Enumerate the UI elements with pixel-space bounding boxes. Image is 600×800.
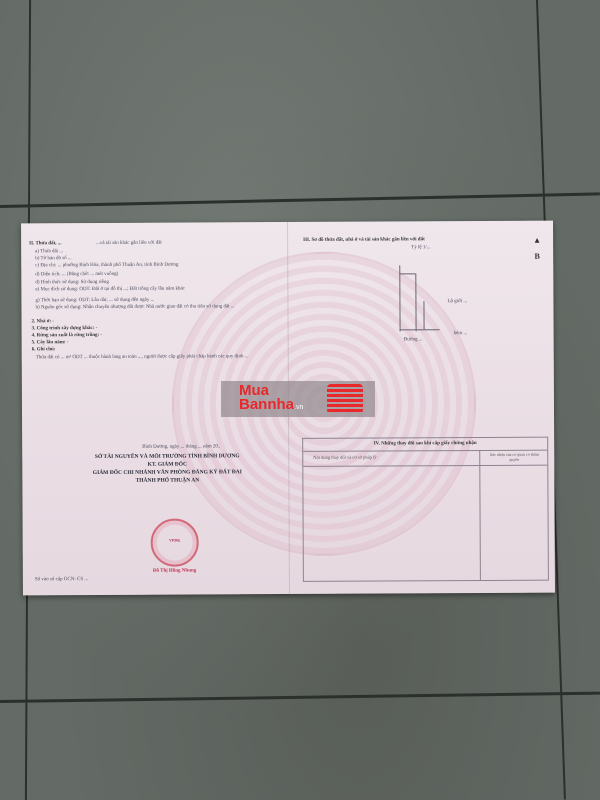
official-seal-stamp: VPĐK bbox=[151, 518, 199, 566]
north-label: B bbox=[533, 253, 541, 261]
section-ii-line: d) Diện tích: ... (Bằng chữ: ... mét vuô… bbox=[35, 272, 118, 277]
section-ii-subheader: 2. Nhà ở: - bbox=[32, 319, 55, 324]
section-ii-line: c) Địa chỉ: ... phường Bình Hòa, thành p… bbox=[35, 263, 178, 269]
registry-number: Số vào sổ cấp GCN: CS ... bbox=[35, 577, 88, 582]
section-ii-line: e) Mục đích sử dụng: ODT: Đất ở tại đô t… bbox=[35, 287, 185, 293]
section-ii-subheader: 3. Công trình xây dựng khác: - bbox=[32, 326, 98, 331]
section-ii-subheader: 6. Ghi chú: bbox=[32, 347, 56, 352]
section-iii-title: III. Sơ đồ thửa đất, nhà ở và tài sản kh… bbox=[303, 237, 425, 243]
section-ii-subtitle: ...và tài sản khác gắn liền với đất bbox=[96, 241, 162, 246]
issue-date: Bình Dương, ngày ... tháng ... năm 20.. bbox=[142, 444, 220, 449]
column-header: Nội dung thay đổi và cơ sở pháp lý bbox=[313, 455, 376, 460]
watermark-suffix: .vn bbox=[294, 404, 303, 411]
section-ii-line: a) Thửa đất ... bbox=[35, 249, 63, 254]
section-ii-subheader: 5. Cây lâu năm: - bbox=[32, 340, 69, 345]
column-header: Xác nhận của cơ quan có thẩm quyền bbox=[485, 452, 543, 462]
diagram-label: Lộ giới ... bbox=[447, 299, 467, 304]
section-ii-subheader: 4. Rừng sản xuất là rừng trồng: - bbox=[32, 333, 102, 338]
north-arrow: ▲ B bbox=[533, 237, 541, 261]
diagram-label: hẻm ... bbox=[454, 331, 468, 336]
issuing-org: SỞ TÀI NGUYÊN VÀ MÔI TRƯỜNG TỈNH BÌNH DƯ… bbox=[62, 453, 272, 460]
issuing-org: THÀNH PHỐ THUẬN AN bbox=[62, 477, 272, 484]
diagram-label: Đường ... bbox=[404, 337, 423, 342]
muabannha-watermark: Mua Bannha.vn bbox=[221, 381, 375, 417]
building-logo-icon bbox=[327, 384, 363, 414]
watermark-text: Mua Bannha.vn bbox=[239, 384, 303, 415]
tile-grout-line bbox=[0, 192, 600, 208]
issuing-org: KT. GIÁM ĐỐC bbox=[62, 461, 272, 468]
section-iii-scale: Tỷ lệ 1/... bbox=[411, 245, 430, 250]
section-ii-line: h) Nguồn gốc sử dụng: Nhận chuyển nhượng… bbox=[35, 304, 234, 310]
signer-name: Đỗ Thị Hồng Nhung bbox=[153, 568, 196, 573]
watermark-line-2: Bannha bbox=[239, 396, 294, 413]
stamp-text: VPĐK bbox=[153, 537, 197, 542]
table-divider bbox=[479, 451, 481, 580]
section-ii-line: đ) Hình thức sử dụng: Sử dụng riêng bbox=[35, 280, 109, 285]
section-ii-title: II. Thửa đất, ... bbox=[29, 241, 61, 246]
table-header-row: Nội dung thay đổi và cơ sở pháp lý Xác n… bbox=[303, 451, 547, 467]
section-iv-title: IV. Những thay đổi sau khi cấp giấy chứn… bbox=[303, 438, 547, 452]
section-ii-note: Thửa đất có ... m² ODT ... thuộc hành la… bbox=[36, 354, 256, 361]
issuing-org: GIÁM ĐỐC CHI NHÁNH VĂN PHÒNG ĐĂNG KÝ ĐẤT… bbox=[62, 469, 272, 476]
section-ii-line: g) Thời hạn sử dụng: ODT: Lâu dài; ... s… bbox=[35, 298, 154, 304]
tile-grout-line bbox=[0, 692, 600, 703]
parcel-diagram bbox=[395, 265, 441, 331]
section-ii-line: b) Tờ bản đồ số ... bbox=[35, 256, 71, 261]
section-iv-table: IV. Những thay đổi sau khi cấp giấy chứn… bbox=[302, 437, 549, 582]
north-arrow-icon: ▲ bbox=[533, 237, 541, 245]
